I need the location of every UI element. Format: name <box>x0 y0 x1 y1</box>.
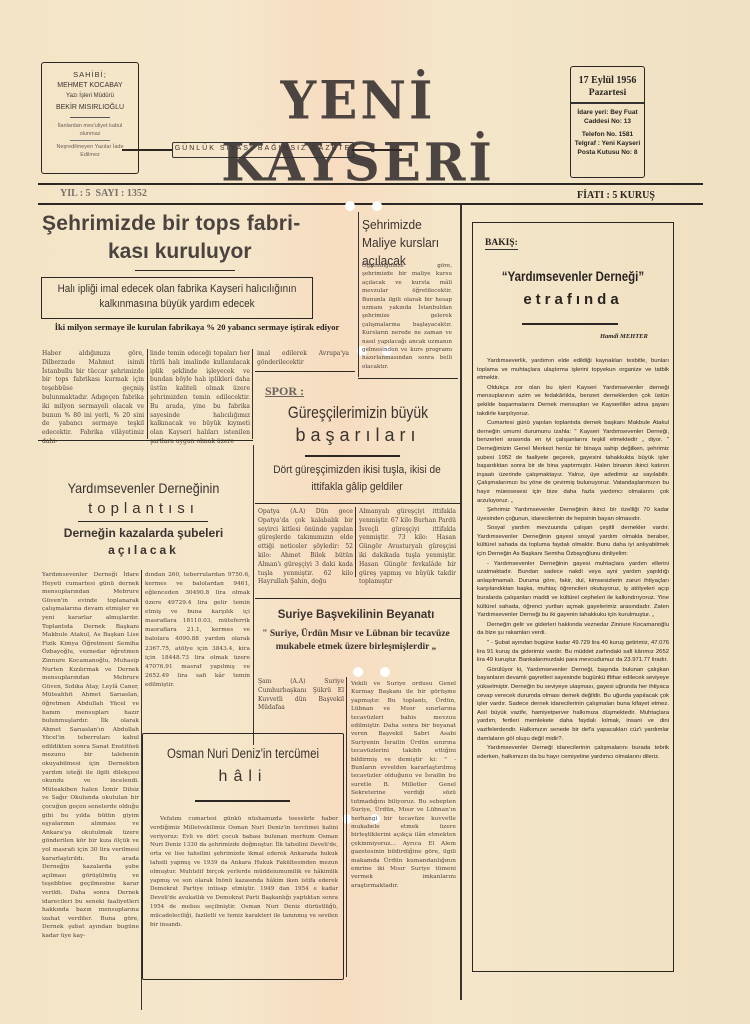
tops-deck-box: Halı ipliği imal edecek olan fabrika Kay… <box>41 277 313 319</box>
divider <box>195 800 290 802</box>
column-rule <box>147 349 148 439</box>
telegraph: Telgraf : Yeni Kayseri <box>571 139 644 148</box>
editor-role: Yazı İşleri Müdürü <box>42 91 138 102</box>
owner-box: SAHİBİ; MEHMET KOCABAY Yazı İşleri Müdür… <box>41 62 139 174</box>
dernek-headline-line1: Yardımsevenler Derneğinin <box>47 480 241 496</box>
dernek-subhead-line1: Derneğin kazalarda şubeleri <box>36 526 251 540</box>
subtitle-rule-right <box>352 149 402 151</box>
bakis-body: Yardımseverlik, yardımın elde edildiği k… <box>477 357 669 762</box>
subtitle-rule-left <box>122 149 172 151</box>
dernek-col-2: dından 260, teberrulardan 9750.6, kermes… <box>145 571 250 691</box>
tops-headline-line1: Şehrimizde bir tops fabri- <box>42 212 300 236</box>
issue-date: 17 Eylül 1956 <box>571 75 644 86</box>
dernek-col-1: Yardımsevenler Derneği İdare Heyeti cuma… <box>42 571 139 941</box>
dernek-headline-line2: toplantısı <box>36 500 251 517</box>
tops-col-2: linde temin edeceği topaları her türlü h… <box>150 350 250 447</box>
newspaper-title: YENİ KAYSERİ <box>148 69 568 193</box>
tops-subdeck: İki milyon sermaye ile kurulan fabrikaya… <box>38 322 356 333</box>
divider <box>255 371 355 372</box>
bakis-paragraph: Şehrimiz Yardımsevenler Derneğinin ikinc… <box>477 506 669 523</box>
spor-col-1: Opatya (A.A) Dün gece Opatya'da çok kala… <box>258 508 353 587</box>
price: FİATI : 5 KURUŞ <box>577 190 655 201</box>
bakis-author: Hamdi MEHTER <box>600 333 648 340</box>
tops-col-3: imal edilerek Avrupa'ya gönderilecektir <box>257 350 349 368</box>
divider <box>522 323 618 325</box>
divider <box>305 455 400 457</box>
bakis-headline-line2: etrafında <box>473 291 673 308</box>
tops-headline-line2: kası kuruluyor <box>108 240 252 264</box>
tops-deck: Halı ipliği imal edecek olan fabrika Kay… <box>56 282 299 312</box>
owner-note-2: Neşredilmeyen Yazılar İade Edilmez <box>42 143 138 159</box>
divider <box>135 270 235 271</box>
divider <box>571 102 644 104</box>
suriye-col-1: Şam (A.A) Suriye Cumhurbaşkanı Şükrü El … <box>258 678 344 713</box>
divider <box>78 521 208 522</box>
spor-headline-line2: başarıları <box>258 425 458 446</box>
editor-name: BEKİR MISIRLIOĞLU <box>42 102 138 113</box>
column-rule <box>346 677 347 977</box>
top-rule <box>38 183 703 185</box>
column-rule <box>355 507 356 577</box>
bakis-paragraph: Derneğin gelir ve giderleri hakkında vez… <box>477 621 669 638</box>
punch-hole <box>380 667 390 677</box>
osman-headline-line2: hâli <box>143 768 343 786</box>
divider <box>70 117 110 118</box>
divider <box>255 503 460 504</box>
punch-hole <box>372 201 382 211</box>
bakis-paragraph: Sosyal yardım mevzuunda çalışan çeşitli … <box>477 524 669 558</box>
office-address: İdare yeri: Bey Fuat Caddesi No: 13 <box>571 108 644 126</box>
punch-hole <box>345 201 355 211</box>
po-box: Posta Kutusu No: 8 <box>571 148 644 157</box>
owner-name: MEHMET KOCABAY <box>42 80 138 91</box>
owner-label: SAHİBİ; <box>42 69 138 80</box>
owner-note-1: İlanlardan mes'uliyet kabul olunmaz <box>42 122 138 138</box>
newspaper-subtitle: GÜNLÜK SİYASİ BAĞIMSIZ GAZETE <box>172 145 354 152</box>
divider <box>358 378 458 379</box>
bakis-headline-line1: “Yardımsevenler Derneği” <box>488 269 658 284</box>
suriye-col-2: Vekili ve Suriye ordusu Genel Kurmay Baş… <box>351 680 456 890</box>
issue-weekday: Pazartesi <box>571 88 644 98</box>
issue-number: YIL : 5 SAYI : 1352 <box>60 188 147 199</box>
phone: Telefon No. 1581 <box>571 130 644 139</box>
tops-col-1: Haber aldığımıza göre, Dilberzade Mahmut… <box>42 350 144 447</box>
bakis-paragraph: Oldukça zor olan bu işleri Kayseri Yardı… <box>477 384 669 418</box>
bakis-paragraph: Yardımsevenler Derneği idarecilerinin ça… <box>477 744 669 761</box>
column-rule <box>358 212 359 377</box>
osman-body: Vefatını cumartesi günkü nüshamızda tees… <box>150 815 338 929</box>
spor-col-2: Almanyalı güreşçiyi ittifakla yenmiştir.… <box>359 508 456 587</box>
newspaper-page: SAHİBİ; MEHMET KOCABAY Yazı İşleri Müdür… <box>0 0 750 1024</box>
bakis-paragraph: Yardımseverlik, yardımın elde edildiği k… <box>477 357 669 383</box>
suriye-headline: Suriye Başvekilinin Beyanatı <box>252 609 460 621</box>
osman-headline-line1: Osman Nuri Deniz'in tercümei <box>158 746 328 761</box>
date-box: 17 Eylül 1956 Pazartesi İdare yeri: Bey … <box>570 66 645 178</box>
spor-headline-line1: Güreşçilerimizin büyük <box>276 403 440 423</box>
divider <box>255 598 460 599</box>
bakis-paragraph: " - Şubat ayından bugüne kadar 49.729 li… <box>477 639 669 665</box>
suriye-deck: " Suriye, Ürdün Mısır ve Lübnan bir teca… <box>255 628 457 654</box>
dernek-subhead-line2: açılacak <box>36 543 251 557</box>
bakis-paragraph: - Yardımsevenler Derneğinin gayesi muhta… <box>477 560 669 620</box>
punch-hole <box>353 667 363 677</box>
bakis-paragraph: Görülüyor ki, Yardımsevenler Derneği, ba… <box>477 666 669 743</box>
column-rule <box>252 349 253 439</box>
divider <box>70 140 110 141</box>
column-rule <box>253 445 254 745</box>
spor-deck: Dört güreşçimizden ikisi tuşla, ikisi de… <box>266 462 448 496</box>
bakis-paragraph: Cumartesi günü yapılan toplantıda dernek… <box>477 419 669 505</box>
column-rule <box>460 205 462 1000</box>
divider <box>38 440 253 441</box>
bakis-kicker: BAKIŞ: <box>485 238 518 250</box>
maliye-body: Öğrendiğimize göre, şehrimizde bir maliy… <box>362 262 452 371</box>
spor-kicker: SPOR : <box>265 384 304 399</box>
bottom-rule <box>38 203 703 205</box>
